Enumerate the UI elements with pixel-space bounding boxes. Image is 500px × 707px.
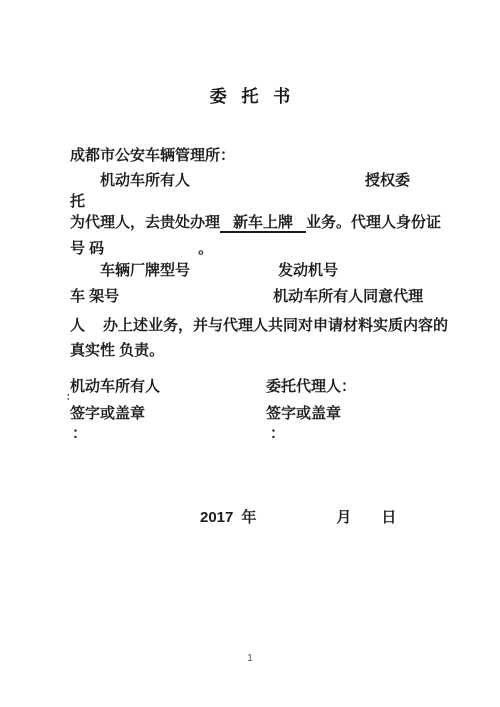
id-number-line: 号 码。 — [70, 239, 213, 258]
consent-rest-text: 办上述业务，并与代理人共同对申请材料实质内容的 — [103, 317, 448, 334]
owner-authorize-line: 机动车所有人授权委 — [100, 171, 410, 190]
salutation-text: 成都市公安车辆管理所： — [70, 147, 235, 164]
agent-signature-title-text: 委托代理人： — [266, 378, 356, 395]
date-year-label: 年 — [241, 509, 256, 526]
owner-sign-label: 签字或盖章 — [70, 404, 145, 423]
agent-business-line: 为代理人，去贵处办理新车上牌业务。代理人身份证 — [70, 213, 441, 232]
authorize-wrap-line: 托 — [70, 192, 85, 211]
owner-label: 机动车所有人 — [100, 172, 190, 189]
business-type-underlined: 新车上牌 — [220, 214, 306, 233]
vehicle-brand-line: 车辆厂牌型号发动机号 — [100, 261, 338, 280]
owner-sign-colon: ： — [72, 424, 87, 443]
owner-signature-title: 机动车所有人 — [70, 377, 160, 396]
truthfulness-line: 真实性 负责。 — [70, 341, 164, 360]
date-day-blank-field — [351, 521, 381, 522]
page-number: 1 — [0, 653, 500, 664]
vin-blank-field — [119, 300, 273, 301]
agent-clause-post-text: 业务。代理人身份证 — [306, 214, 441, 231]
agent-sign-colon-text: ： — [270, 425, 285, 442]
id-number-period: 。 — [198, 240, 213, 257]
date-year-value: 2017 — [200, 509, 233, 526]
consent-gap — [85, 329, 103, 330]
date-day-label: 日 — [381, 509, 396, 526]
date-month-label: 月 — [336, 509, 351, 526]
consent-wrap-text: 人 — [70, 317, 85, 334]
authorization-letter-page: 委 托 书 成都市公安车辆管理所： 机动车所有人授权委 托 为代理人，去贵处办理… — [0, 0, 500, 707]
date-line: 2017年月日 — [200, 508, 396, 527]
owner-name-blank-field — [190, 184, 365, 185]
agent-signature-title: 委托代理人： — [266, 377, 356, 396]
id-number-blank-field — [104, 252, 198, 253]
agent-sign-colon: ： — [270, 424, 285, 443]
owner-sign-label-text: 签字或盖章 — [70, 405, 145, 422]
authorize-wrap-text: 托 — [70, 193, 85, 210]
vehicle-brand-label: 车辆厂牌型号 — [100, 262, 190, 279]
owner-sign-colon-text: ： — [72, 425, 87, 442]
agent-sign-label: 签字或盖章 — [266, 404, 341, 423]
agent-sign-label-text: 签字或盖章 — [266, 405, 341, 422]
salutation-line: 成都市公安车辆管理所： — [70, 146, 235, 165]
id-number-label: 号 码 — [70, 240, 104, 257]
vin-label: 车 架号 — [70, 288, 119, 305]
vehicle-brand-blank-field — [190, 274, 278, 275]
consent-line: 人办上述业务，并与代理人共同对申请材料实质内容的 — [70, 316, 448, 335]
authorize-tail-text: 授权委 — [365, 172, 410, 189]
agent-clause-pre-text: 为代理人，去贵处办理 — [70, 214, 220, 231]
owner-signature-colon: ： — [66, 393, 76, 403]
owner-signature-title-text: 机动车所有人 — [70, 378, 160, 395]
owner-signature-colon-text: ： — [66, 392, 76, 403]
consent-pre-text: 机动车所有人同意代理 — [273, 288, 423, 305]
vin-line: 车 架号机动车所有人同意代理 — [70, 287, 423, 306]
document-title: 委 托 书 — [0, 82, 500, 107]
consent-end-text: 真实性 负责。 — [70, 342, 164, 359]
date-month-blank-field — [256, 521, 336, 522]
engine-no-label: 发动机号 — [278, 262, 338, 279]
